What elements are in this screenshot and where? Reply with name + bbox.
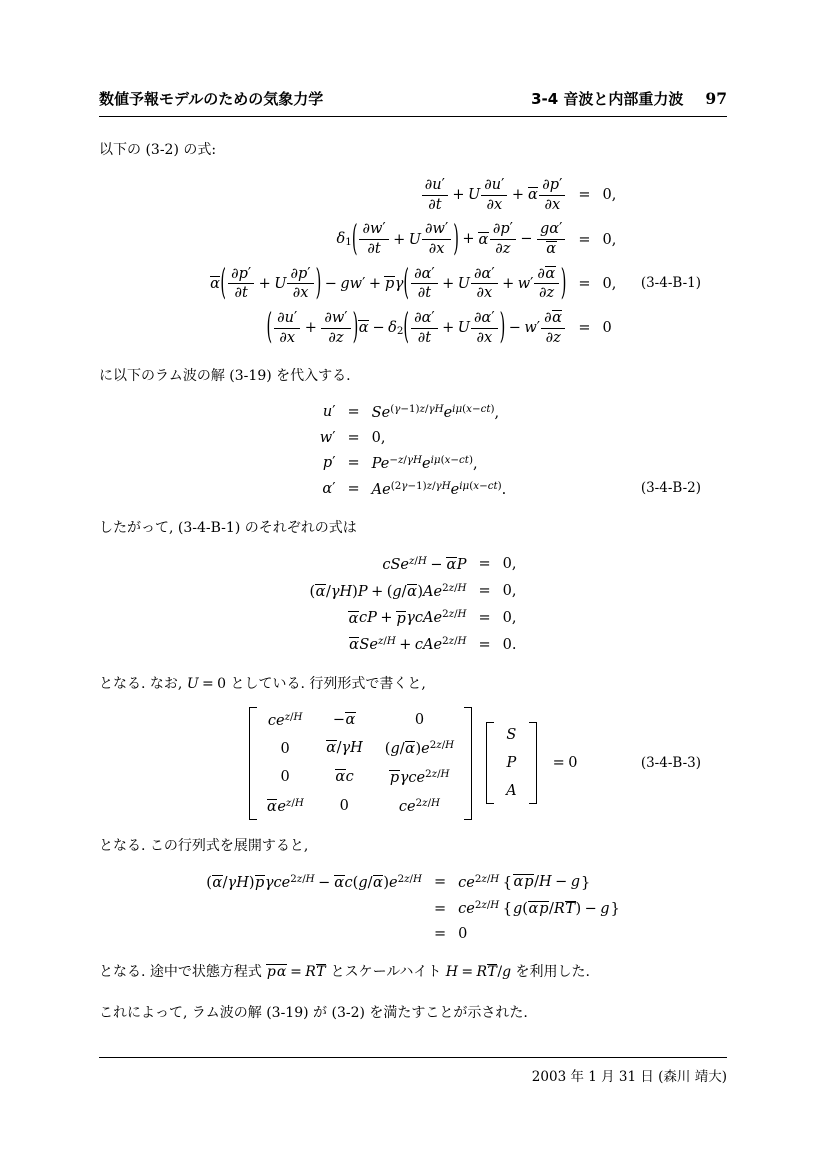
equation-row: u′=Se(γ−1)z/γHeiμ(x−ct), — [320, 399, 506, 425]
equation-lhs: (∂u′∂x+∂w′∂z)α−δ2(∂α′∂t+U∂α′∂x)−w′∂α∂z — [210, 306, 567, 350]
equation-lhs — [206, 922, 422, 946]
equation-rhs: 0 — [458, 922, 620, 946]
matrix-cell: (g/α)e2z/H — [385, 739, 454, 758]
equation-row: ∂u′∂t+U∂u′∂x+α∂p′∂x=0, — [210, 173, 617, 217]
header-section-title: 3-4 音波と内部重力波 — [531, 88, 683, 109]
equation-rel: = — [422, 869, 458, 896]
page-header: 数値予報モデルのための気象力学 3-4 音波と内部重力波 97 — [99, 88, 727, 117]
header-page-number: 97 — [705, 89, 727, 108]
equation-lhs: (α/γH)P+(g/α)Ae2z/H — [309, 578, 466, 605]
footer-date: 2003 年 1 月 31 日 (森川 靖大) — [532, 1069, 727, 1085]
equation-rhs: 0, — [603, 262, 617, 306]
equation-rhs: Pe−z/γHeiμ(x−ct), — [372, 450, 507, 476]
equation-label-3-4-B-2: (3-4-B-2) — [641, 480, 701, 496]
paragraph-therefore: したがって, (3-4-B-1) のそれぞれの式は — [99, 518, 727, 539]
equation-rel: = — [566, 173, 602, 217]
solution-vector: SPA — [494, 722, 528, 804]
equation-row: αcP+pγcAe2z/H=0, — [309, 604, 516, 631]
equation-rhs: 0. — [503, 631, 517, 658]
equation-label-3-4-B-1: (3-4-B-1) — [641, 275, 701, 291]
equation-rel: = — [336, 399, 372, 425]
equation-row: αSez/H+cAe2z/H=0. — [309, 631, 516, 658]
equation-row: w′=0, — [320, 426, 506, 450]
matrix-cell: A — [506, 783, 516, 799]
equation-rhs: 0, — [503, 551, 517, 578]
equation-rel: = — [336, 450, 372, 476]
equation-rel: = — [467, 578, 503, 605]
equation-rel: = — [422, 922, 458, 946]
matrix-cell: 0 — [281, 769, 290, 785]
matrix-equation-rhs: =0 — [553, 755, 578, 771]
equation-lhs: α′ — [320, 476, 336, 502]
equation-rel: = — [467, 551, 503, 578]
matrix-cell: αez/H — [267, 797, 304, 816]
equation-lhs: α(∂p′∂t+U∂p′∂x)−gw′+pγ(∂α′∂t+U∂α′∂x+w′∂α… — [210, 262, 567, 306]
equation-row: α′=Ae(2γ−1)z/γHeiμ(x−ct). — [320, 476, 506, 502]
matrix-cell: −α — [333, 712, 356, 729]
equation-lhs — [206, 895, 422, 921]
matrix-cell: cez/H — [268, 711, 303, 729]
right-bracket — [529, 722, 537, 804]
equation-lhs: αSez/H+cAe2z/H — [309, 631, 466, 658]
equation-lhs: (α/γH)pγce2z/H−αc(g/α)e2z/H — [206, 869, 422, 896]
equation-lhs: αcP+pγcAe2z/H — [309, 604, 466, 631]
matrix-cell: 0 — [415, 712, 424, 728]
page-body: 以下の (3-2) の式: ∂u′∂t+U∂u′∂x+α∂p′∂x=0,δ1(∂… — [99, 140, 727, 1036]
inline-math: pα=RT — [266, 962, 326, 983]
equation-rhs: 0, — [503, 578, 517, 605]
equation-lhs: ∂u′∂t+U∂u′∂x+α∂p′∂x — [210, 173, 567, 217]
matrix-cell: αc — [335, 769, 354, 786]
paragraph-conclusion: これによって, ラム波の解 (3-19) が (3-2) を満たすことが示された… — [99, 1003, 727, 1024]
right-bracket — [464, 707, 472, 820]
matrix-cell: pγce2z/H — [389, 768, 449, 787]
equation-block-scalar-set: cSez/H−αP=0,(α/γH)P+(g/α)Ae2z/H=0,αcP+pγ… — [99, 551, 727, 658]
coefficient-matrix-brackets: cez/H−α00α/γH(g/α)e2z/H0αcpγce2z/Hαez/H0… — [249, 707, 473, 820]
equation-rhs: 0, — [372, 426, 507, 450]
equation-block-3-4-B-2: u′=Se(γ−1)z/γHeiμ(x−ct),w′=0,p′=Pe−z/γHe… — [99, 399, 727, 501]
equation-rhs: 0, — [603, 173, 617, 217]
equation-rows-expansion: (α/γH)pγce2z/H−αc(g/α)e2z/H=ce2z/H{αp/H−… — [206, 869, 620, 946]
equation-row: α(∂p′∂t+U∂p′∂x)−gw′+pγ(∂α′∂t+U∂α′∂x+w′∂α… — [210, 262, 617, 306]
paragraph-substitute: に以下のラム波の解 (3-19) を代入する. — [99, 366, 727, 387]
equation-row: (α/γH)P+(g/α)Ae2z/H=0, — [309, 578, 516, 605]
equation-lhs: u′ — [320, 399, 336, 425]
paragraph-expand: となる. この行列式を展開すると, — [99, 836, 727, 857]
equation-rows-3-4-B-2: u′=Se(γ−1)z/γHeiμ(x−ct),w′=0,p′=Pe−z/γHe… — [320, 399, 506, 501]
paragraph-matrix-note: となる. なお, U=0 としている. 行列形式で書くと, — [99, 674, 727, 695]
equation-rel: = — [336, 426, 372, 450]
equation-row: δ1(∂w′∂t+U∂w′∂x)+α∂p′∂z−gα′α=0, — [210, 217, 617, 261]
matrix-cell: 0 — [281, 741, 290, 757]
equation-row: p′=Pe−z/γHeiμ(x−ct), — [320, 450, 506, 476]
inline-math: U=0 — [187, 674, 226, 695]
header-book-title: 数値予報モデルのための気象力学 — [99, 88, 323, 109]
matrix-cell: ce2z/H — [399, 797, 440, 815]
page-footer: 2003 年 1 月 31 日 (森川 靖大) — [99, 1057, 727, 1085]
matrix-cell: 0 — [340, 798, 349, 814]
equation-block-3-4-B-1: ∂u′∂t+U∂u′∂x+α∂p′∂x=0,δ1(∂w′∂t+U∂w′∂x)+α… — [99, 173, 727, 350]
matrix-cell: P — [506, 755, 516, 771]
equation-lhs: δ1(∂w′∂t+U∂w′∂x)+α∂p′∂z−gα′α — [210, 217, 567, 261]
paragraph-state-equation: となる. 途中で状態方程式 pα=RT とスケールハイト H=RT/g を利用し… — [99, 962, 727, 983]
equation-row: cSez/H−αP=0, — [309, 551, 516, 578]
equation-lhs: p′ — [320, 450, 336, 476]
equation-rhs: Ae(2γ−1)z/γHeiμ(x−ct). — [372, 476, 507, 502]
equation-rhs: ce2z/H{αp/H−g} — [458, 869, 620, 896]
coefficient-matrix: cez/H−α00α/γH(g/α)e2z/H0αcpγce2z/Hαez/H0… — [257, 707, 465, 820]
matrix-cell: S — [506, 727, 516, 743]
equation-lhs: w′ — [320, 426, 336, 450]
equation-block-3-4-B-3: cez/H−α00α/γH(g/α)e2z/H0αcpγce2z/Hαez/H0… — [99, 707, 727, 820]
equation-rel: = — [336, 476, 372, 502]
equation-rhs: 0 — [603, 306, 617, 350]
equation-rel: = — [566, 306, 602, 350]
equation-rel: = — [467, 604, 503, 631]
equation-rhs: 0, — [503, 604, 517, 631]
equation-rel: = — [467, 631, 503, 658]
equation-row: =0 — [206, 922, 620, 946]
inline-math: H=RT/g — [446, 962, 511, 983]
solution-vector-brackets: SPA — [486, 722, 536, 804]
equation-rhs: Se(γ−1)z/γHeiμ(x−ct), — [372, 399, 507, 425]
equation-rhs: 0, — [603, 217, 617, 261]
equation-rows-3-4-B-1: ∂u′∂t+U∂u′∂x+α∂p′∂x=0,δ1(∂w′∂t+U∂w′∂x)+α… — [210, 173, 617, 350]
equation-rel: = — [566, 217, 602, 261]
left-bracket — [486, 722, 494, 804]
equation-lhs: cSez/H−αP — [309, 551, 466, 578]
equation-rhs: ce2z/H{g(αp/RT)−g} — [458, 895, 620, 921]
equation-block-expansion: (α/γH)pγce2z/H−αc(g/α)e2z/H=ce2z/H{αp/H−… — [99, 869, 727, 946]
paragraph-intro: 以下の (3-2) の式: — [99, 140, 727, 161]
equation-row: =ce2z/H{g(αp/RT)−g} — [206, 895, 620, 921]
left-bracket — [249, 707, 257, 820]
document-page: 数値予報モデルのための気象力学 3-4 音波と内部重力波 97 以下の (3-2… — [0, 0, 826, 1169]
header-right: 3-4 音波と内部重力波 97 — [531, 88, 727, 109]
equation-rel: = — [566, 262, 602, 306]
matrix-cell: α/γH — [326, 740, 363, 757]
equation-row: (∂u′∂x+∂w′∂z)α−δ2(∂α′∂t+U∂α′∂x)−w′∂α∂z=0 — [210, 306, 617, 350]
equation-row: (α/γH)pγce2z/H−αc(g/α)e2z/H=ce2z/H{αp/H−… — [206, 869, 620, 896]
equation-rel: = — [422, 895, 458, 921]
equation-rows-scalar-set: cSez/H−αP=0,(α/γH)P+(g/α)Ae2z/H=0,αcP+pγ… — [309, 551, 516, 658]
equation-label-3-4-B-3: (3-4-B-3) — [641, 755, 701, 771]
